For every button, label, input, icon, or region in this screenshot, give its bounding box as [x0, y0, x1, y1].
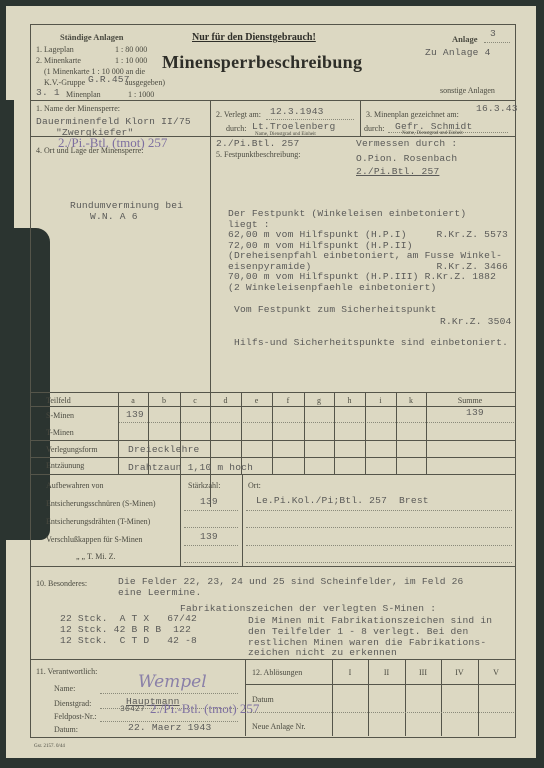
section11-label: 11. Verantwortlich:	[36, 667, 97, 676]
dotted-line	[184, 510, 238, 511]
col-header-i: i	[365, 396, 396, 405]
vermessen-line1: Vermessen durch :	[356, 138, 457, 149]
col-header-d: d	[210, 396, 241, 405]
minenplan-scale: 1 : 1000	[128, 90, 154, 99]
kv-suffix: ausgegeben)	[125, 78, 165, 87]
ort-label: Ort:	[248, 481, 261, 490]
verlegungsform-value: Dreiecklehre	[128, 444, 200, 455]
divider	[180, 474, 181, 566]
dotted-line	[266, 119, 354, 120]
lageplan-scale: 1 : 80 000	[115, 45, 147, 54]
col-header-h: h	[334, 396, 365, 405]
dotted-line	[184, 562, 238, 563]
abloesung-col-1: I	[332, 668, 368, 677]
festpunkt-line: 62,00 m vom Hilfspunkt (H.P.I) R.Kr.Z. 5…	[228, 229, 508, 240]
name-label: Name:	[54, 684, 75, 693]
fabrik-note: zeichen nicht zu erkennen	[248, 647, 397, 658]
dienstgrad-label: Dienstgrad:	[54, 699, 91, 708]
festpunkt-line: Der Festpunkt (Winkeleisen einbetoniert)	[228, 208, 466, 219]
divider	[30, 474, 515, 475]
neue-anlage-label: Neue Anlage Nr.	[252, 722, 306, 731]
s-minen-a: 139	[126, 409, 144, 420]
divider	[360, 100, 361, 136]
section2-durch-label: durch:	[226, 124, 246, 133]
kv-gruppe-label: K.V.-Gruppe	[44, 78, 85, 87]
dotted-line	[184, 527, 238, 528]
vermessen-line2: O.Pion. Rosenbach	[356, 153, 457, 164]
minenplan-label: Minenplan	[66, 90, 101, 99]
col-header-summe: Summe	[426, 396, 514, 405]
dotted-line	[246, 562, 512, 563]
festpunkt-line: (Dreheisenpfahl einbetoniert, am Fusse W…	[228, 250, 502, 261]
anlage-dotted	[484, 42, 510, 43]
entzaeunung-value: Drahtzaun 1,10 m hoch	[128, 462, 253, 473]
page-title: Minensperrbeschreibung	[162, 52, 362, 73]
section5-label: 5. Festpunktbeschreibung:	[216, 150, 300, 159]
section3-caption: Name, Dienstgrad und Einheit	[402, 131, 463, 136]
section3-durch-label: durch:	[364, 124, 384, 133]
section2-label: 2. Verlegt am:	[216, 110, 261, 119]
row-label-entzaeunung: Entzäunung	[46, 461, 84, 470]
fabrik-title: Fabrikationszeichen der verlegten S-Mine…	[180, 603, 436, 614]
ort-lage-line1: Rundumverminung bei	[70, 200, 183, 211]
anlage-value: 3	[490, 28, 496, 39]
fabrik-note: den Teilfelder 1 - 8 verlegt. Bei den	[248, 626, 468, 637]
aufbewahren-count: 139	[200, 496, 218, 507]
dotted-line	[118, 422, 514, 423]
aufbewahren-title: Aufbewahren von	[46, 481, 104, 490]
s-minen-summe: 139	[466, 407, 484, 418]
divider	[245, 659, 246, 736]
besonderes-line2: eine Leermine.	[118, 587, 201, 598]
restriction-notice: Nur für den Dienstgebrauch!	[192, 32, 316, 43]
divider	[30, 566, 515, 567]
section1-label: 1. Name der Minensperre:	[36, 104, 120, 113]
row-label-verlegungsform: Verlegungsform	[46, 445, 98, 454]
abloesung-col-4: IV	[441, 668, 478, 677]
besonderes-line1: Die Felder 22, 23, 24 und 25 sind Schein…	[118, 576, 464, 587]
minensperre-name: Dauerminenfeld Klorn II/75	[36, 116, 191, 127]
ort-value: Le.Pi.Kol./Pi;Btl. 257 Brest	[256, 495, 429, 506]
abloesung-col-3: III	[405, 668, 441, 677]
fabrik-row: 12 Stck. 42 B R B 122	[60, 624, 191, 635]
sonstige-anlagen: sonstige Anlagen	[440, 86, 495, 95]
divider	[30, 100, 515, 101]
feldpost-label: Feldpost-Nr.:	[54, 712, 96, 721]
dotted-line	[246, 545, 512, 546]
section5-unit: 2./Pi.Btl. 257	[216, 138, 299, 149]
vermessen-line3: 2./Pi.Btl. 257	[356, 166, 439, 177]
lageplan-label: 1. Lageplan	[36, 45, 74, 54]
col-header-teilfeld: Teilfeld	[46, 396, 71, 405]
aufbewahren-item: Verschlußkappen für S-Minen	[46, 535, 142, 544]
row-label-s-minen: S-Minen	[46, 411, 74, 420]
divider	[242, 474, 243, 566]
hilfspunkte-note: Hilfs-und Sicherheitspunkte sind einbeto…	[234, 337, 508, 348]
minenkarte-label: 2. Minenkarte	[36, 56, 81, 65]
dotted-line	[100, 693, 238, 694]
section12-label: 12. Ablösungen	[252, 668, 302, 677]
unit-stamp: 2./Pi.-Btl. (tmot) 257	[150, 701, 259, 717]
festpunkt-line: 70,00 m vom Hilfspunkt (H.P.III) R.Kr.Z.…	[228, 271, 496, 282]
section3-label: 3. Minenplan gezeichnet am:	[366, 110, 459, 119]
verlegt-date: 12.3.1943	[270, 106, 324, 117]
section10-label: 10. Besonderes:	[36, 579, 87, 588]
minenplan-date: 16.3.43	[476, 103, 518, 114]
row-label-t-minen: T-Minen	[46, 428, 74, 437]
signature: Wempel	[138, 672, 207, 692]
section4-label: 4. Ort und Lage der Minensperre:	[36, 146, 144, 155]
zu-anlage: Zu Anlage 4	[425, 47, 491, 58]
torn-edge-upper	[0, 100, 14, 230]
abloesung-col-5: V	[478, 668, 514, 677]
fabrik-note: Die Minen mit Fabrikationszeichen sind i…	[248, 615, 492, 626]
divider	[245, 684, 515, 685]
col-header-g: g	[304, 396, 334, 405]
col-header-k: k	[396, 396, 426, 405]
col-header-b: b	[148, 396, 180, 405]
ort-lage-line2: W.N. A 6	[90, 211, 138, 222]
anlage-label: Anlage	[452, 34, 478, 44]
fabrik-row: 22 Stck. A T X 67/42	[60, 613, 197, 624]
dotted-line	[246, 510, 512, 511]
col-header-a: a	[118, 396, 148, 405]
section2-caption: Name, Dienstgrad und Einheit	[255, 132, 316, 137]
print-code: Gsr. 2157. 0/44	[34, 744, 65, 749]
datum-value: 22. Maerz 1943	[128, 722, 211, 733]
feldpost-value: 36427	[120, 705, 145, 714]
abloesung-datum-label: Datum	[252, 695, 274, 704]
festpunkt-line: (2 Winkeleisenpfaehle einbetoniert)	[228, 282, 437, 293]
fabrik-row: 12 Stck. C T D 42 -8	[60, 635, 197, 646]
aufbewahren-count: 139	[200, 531, 218, 542]
kv-gruppe-value: G.R.457	[88, 74, 130, 85]
sicherheitspunkt-value: R.Kr.Z. 3504	[440, 316, 512, 327]
dotted-line	[184, 545, 238, 546]
col-header-f: f	[272, 396, 304, 405]
divider	[30, 659, 515, 660]
abloesung-col-2: II	[368, 668, 405, 677]
aufbewahren-item: „ „ T. Mi. Z.	[76, 552, 115, 561]
dotted-line	[246, 527, 512, 528]
minenkarte-scale: 1 : 10 000	[115, 56, 147, 65]
aufbewahren-item: Entsicherungsschnüren (S-Minen)	[46, 499, 156, 508]
aufbewahren-item: Entsicherungsdrähten (T-Minen)	[46, 517, 150, 526]
dotted-line	[250, 712, 514, 713]
divider	[210, 100, 211, 392]
sicherheitspunkt-line: Vom Festpunkt zum Sicherheitspunkt	[234, 304, 437, 315]
col-header-c: c	[180, 396, 210, 405]
staerkzahl-label: Stärkzahl:	[188, 481, 220, 490]
verlegt-durch: Lt.Troelenberg	[252, 121, 335, 132]
minenplan-num: 3. 1	[36, 87, 60, 98]
staendige-anlagen-title: Ständige Anlagen	[60, 32, 124, 42]
col-header-e: e	[241, 396, 272, 405]
datum-label: Datum:	[54, 725, 78, 734]
